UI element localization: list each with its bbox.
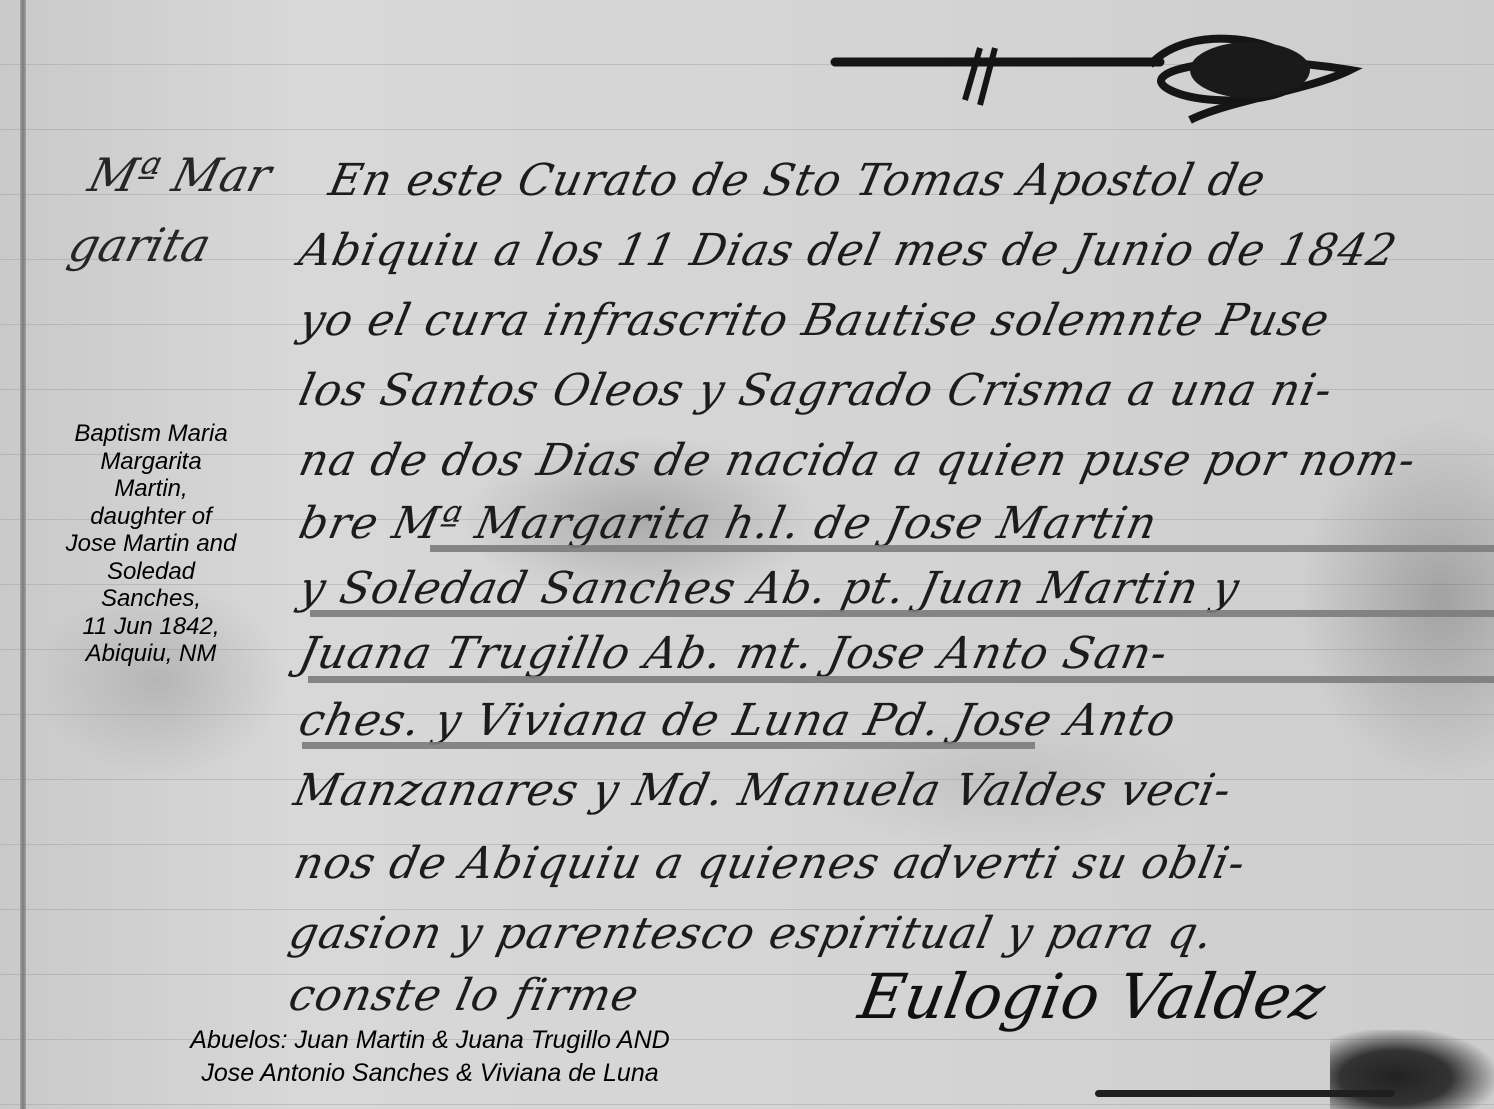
margin-name-line-2: garita bbox=[63, 218, 216, 272]
handwritten-line: Abiquiu a los 11 Dias del mes de Junio d… bbox=[295, 225, 1402, 276]
annotation-line: daughter of bbox=[22, 503, 280, 531]
handwritten-line: y Soledad Sanches Ab. pt. Juan Martin y bbox=[295, 563, 1245, 614]
document-scan: Mª Mar garita En este Curato de Sto Toma… bbox=[0, 0, 1494, 1109]
margin-name-line-1: Mª Mar bbox=[83, 148, 277, 202]
handwritten-line: Manzanares y Md. Manuela Valdes veci- bbox=[290, 765, 1237, 816]
annotation-line: 11 Jun 1842, bbox=[22, 613, 280, 641]
annotation-line: Sanches, bbox=[22, 585, 280, 613]
annotation-grandparents: Abuelos: Juan Martin & Juana Trugillo AN… bbox=[110, 1024, 750, 1090]
ink-blot bbox=[1330, 1030, 1494, 1109]
handwritten-line: Juana Trugillo Ab. mt. Jose Anto San- bbox=[295, 628, 1173, 679]
highlight-underline bbox=[430, 545, 1494, 552]
annotation-line: Jose Martin and bbox=[22, 530, 280, 558]
handwritten-line: conste lo firme bbox=[285, 970, 644, 1021]
handwritten-line: En este Curato de Sto Tomas Apostol de bbox=[325, 155, 1271, 206]
handwritten-line: gasion y parentesco espiritual y para q. bbox=[285, 908, 1219, 959]
annotation-line: Soledad bbox=[22, 558, 280, 586]
signature-rule bbox=[1095, 1090, 1395, 1097]
handwritten-line: ches. y Viviana de Luna Pd. Jose Anto bbox=[295, 695, 1181, 746]
handwritten-line: los Santos Oleos y Sagrado Crisma a una … bbox=[295, 365, 1338, 416]
annotation-line: Jose Antonio Sanches & Viviana de Luna bbox=[110, 1057, 750, 1090]
annotation-line: Abuelos: Juan Martin & Juana Trugillo AN… bbox=[110, 1024, 750, 1057]
handwritten-line: nos de Abiquiu a quienes adverti su obli… bbox=[290, 838, 1251, 889]
handwritten-line: yo el cura infrascrito Bautise solemnte … bbox=[295, 295, 1335, 346]
previous-entry-flourish-icon bbox=[830, 30, 1370, 130]
highlight-underline bbox=[302, 742, 1035, 749]
annotation-line: Baptism Maria bbox=[22, 420, 280, 448]
priest-signature: Eulogio Valdez bbox=[854, 960, 1331, 1033]
highlight-underline bbox=[308, 676, 1494, 683]
annotation-line: Abiquiu, NM bbox=[22, 640, 280, 668]
annotation-side-note: Baptism Maria Margarita Martin, daughter… bbox=[22, 420, 280, 668]
annotation-line: Margarita bbox=[22, 448, 280, 476]
handwritten-line: na de dos Dias de nacida a quien puse po… bbox=[295, 435, 1421, 486]
handwritten-line: bre Mª Margarita h.l. de Jose Martin bbox=[295, 498, 1162, 549]
annotation-line: Martin, bbox=[22, 475, 280, 503]
highlight-underline bbox=[310, 610, 1494, 617]
